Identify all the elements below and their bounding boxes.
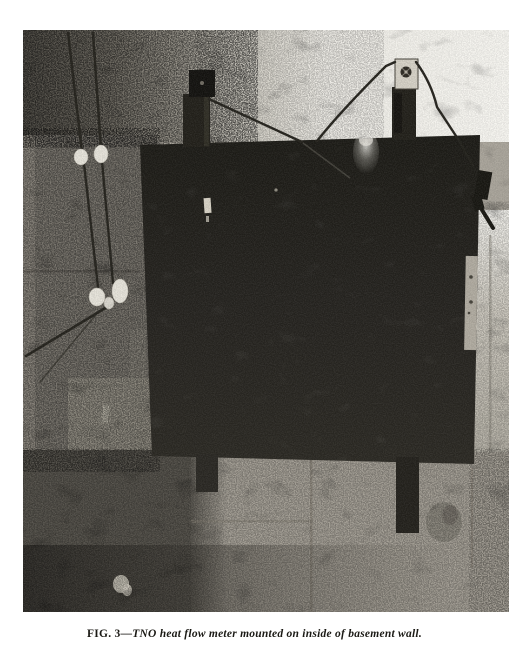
caption-text: TNO heat flow meter mounted on inside of…: [132, 628, 422, 640]
caption-separator: —: [120, 628, 132, 640]
figure-label: FIG. 3: [87, 628, 120, 640]
figure-photo: [0, 0, 509, 620]
print-grain: [23, 30, 509, 612]
document-page: FIG. 3—TNO heat flow meter mounted on in…: [0, 0, 509, 650]
figure-caption: FIG. 3—TNO heat flow meter mounted on in…: [0, 628, 509, 640]
